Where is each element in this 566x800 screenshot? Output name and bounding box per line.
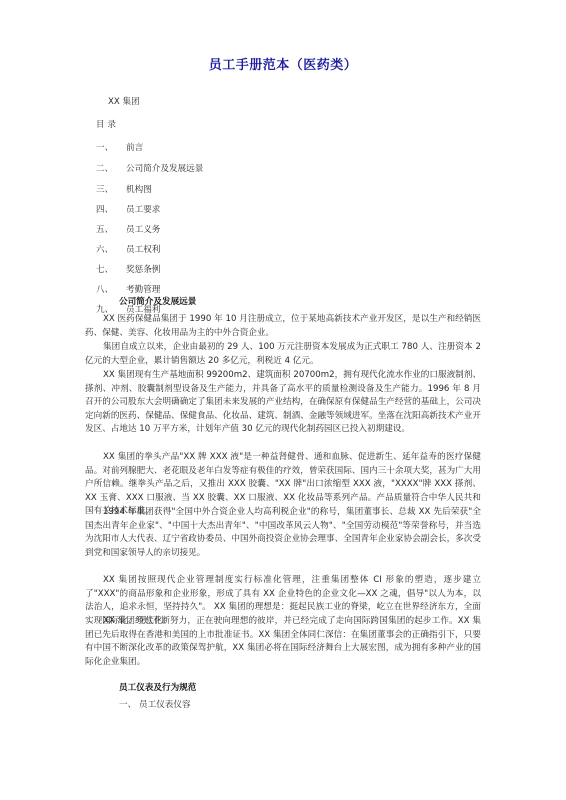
toc-heading: 目 录 bbox=[96, 120, 116, 131]
section-heading-conduct: 员工仪表及行为规范 bbox=[119, 683, 196, 694]
section-item: 一、员工仪表仪容 bbox=[119, 700, 191, 711]
section-heading-company-intro: 公司简介及发展远景 bbox=[119, 297, 196, 308]
company-name: XX 集团 bbox=[108, 97, 140, 108]
document-title: 员工手册范本（医药类） bbox=[0, 54, 566, 73]
paragraph: 1994 年集团获得"全国中外合资企业人均高利税企业"的称号，集团董事长、总裁 … bbox=[85, 506, 481, 560]
toc-item: 四、员工要求 bbox=[96, 205, 160, 216]
toc-item: 一、前言 bbox=[96, 143, 143, 154]
toc-item: 八、考勤管理 bbox=[96, 285, 160, 296]
toc-item: 三、机构图 bbox=[96, 185, 152, 196]
toc-item: 五、员工义务 bbox=[96, 225, 160, 236]
paragraph: XX 集团现有生产基地面积 99200m2、建筑面积 20700m2，拥有现代化… bbox=[85, 369, 481, 437]
paragraph: 集团自成立以来，企业由最初的 29 人、100 万元注册资本发展成为正式职工 7… bbox=[85, 341, 481, 368]
toc-item: 六、员工权利 bbox=[96, 245, 160, 256]
toc-item: 二、公司简介及发展远景 bbox=[96, 164, 203, 175]
toc-item: 七、奖惩条例 bbox=[96, 265, 160, 276]
paragraph: XX 集团经过不断努力，正在驶向理想的彼岸，并已经完成了走向国际跨国集团的起步工… bbox=[85, 615, 481, 669]
paragraph: XX 医药保健品集团于 1990 年 10 月注册成立，位于某地高新技术产业开发… bbox=[85, 313, 481, 340]
document-page: 员工手册范本（医药类） XX 集团 目 录 一、前言 二、公司简介及发展远景 三… bbox=[0, 0, 566, 800]
